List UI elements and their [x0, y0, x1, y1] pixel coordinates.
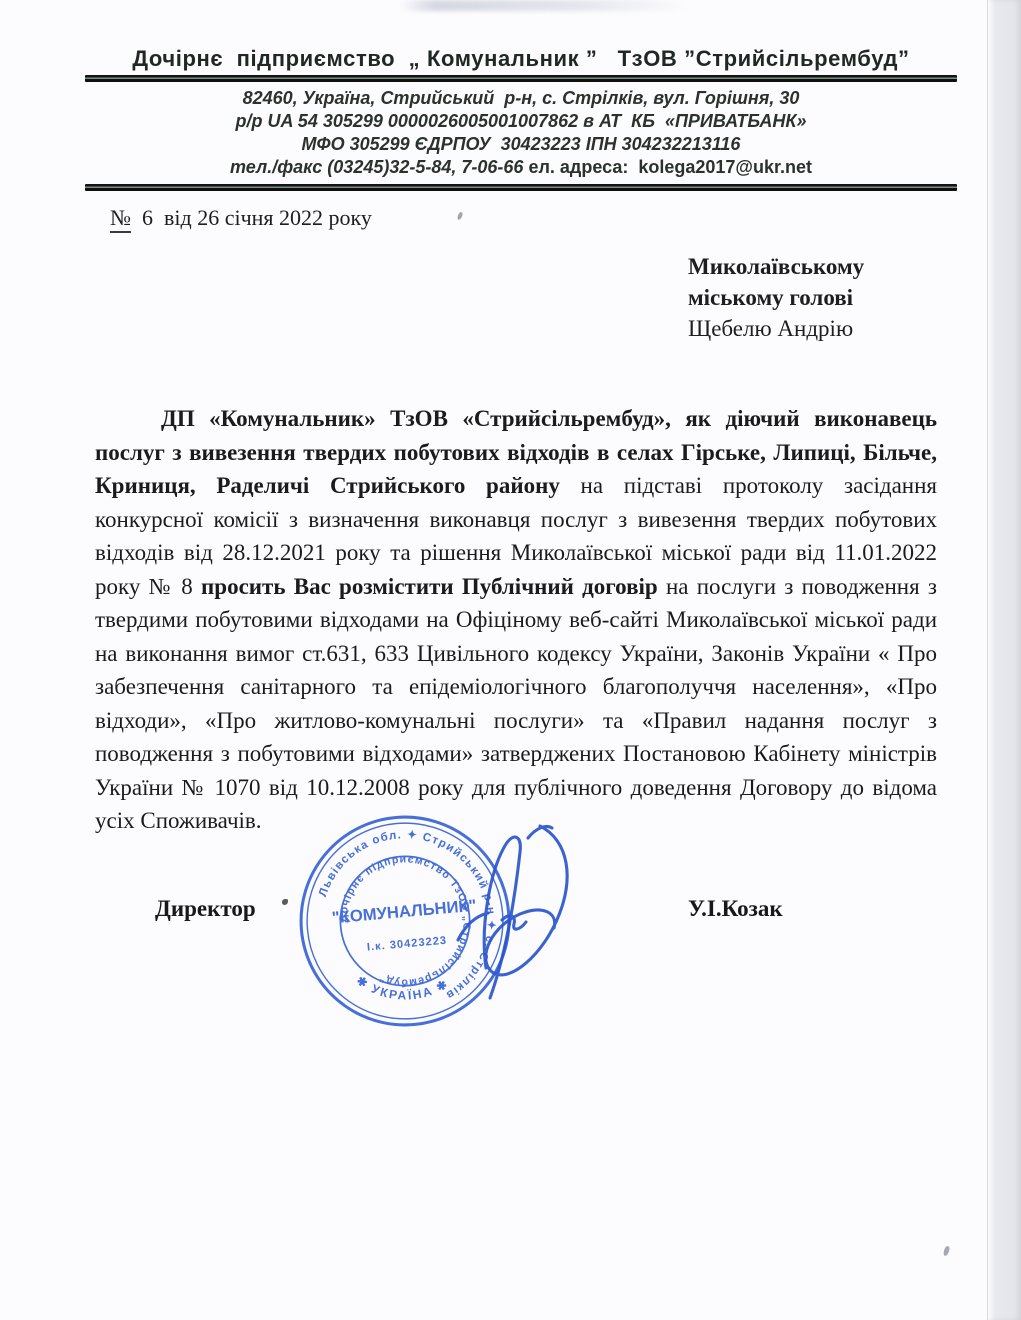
recipient-block: Миколаївському міському голові Щебелю Ан… — [688, 251, 864, 344]
letterhead-details: 82460, Україна, Стрийський р-н, с. Стріл… — [85, 87, 957, 179]
handwritten-signature — [428, 818, 578, 1013]
recipient-name: Щебелю Андрію — [688, 313, 864, 344]
company-bank-account: р/р UA 54 305299 0000026005001007862 в А… — [85, 110, 957, 133]
company-address: 82460, Україна, Стрийський р-н, с. Стріл… — [85, 87, 957, 110]
signer-title: Директор — [155, 896, 256, 922]
letterhead: Дочірнє підприємство „ Комунальник ” ТзО… — [85, 46, 957, 191]
scan-speck — [457, 212, 463, 221]
reference-date: 6 від 26 січня 2022 року — [131, 205, 372, 230]
recipient-line: міському голові — [688, 282, 864, 313]
scan-ghost-artifact — [400, 0, 690, 11]
signature-stroke — [486, 826, 567, 975]
body-segment: на послуги з поводження з твердими побут… — [95, 574, 937, 834]
recipient-line: Миколаївському — [688, 251, 864, 282]
signer-name: У.І.Козак — [688, 896, 783, 922]
company-email: ел. адреса: kolega2017@ukr.net — [523, 157, 812, 177]
scanned-letter-page: Дочірнє підприємство „ Комунальник ” ТзО… — [0, 0, 1021, 1320]
company-phone: тел./факс (03245)32-5-84, 7-06-66 — [230, 157, 523, 177]
letter-body: ДП «Комунальник» ТзОВ «Стрийсільрембуд»,… — [95, 402, 937, 838]
company-contacts: тел./факс (03245)32-5-84, 7-06-66 ел. ад… — [85, 156, 957, 179]
company-registration-codes: МФО 305299 ЄДРПОУ 30423223 ІПН 304232213… — [85, 133, 957, 156]
body-segment: просить Вас розмістити Публічний договір — [201, 574, 658, 599]
scan-speck — [943, 1246, 950, 1257]
letterhead-divider-bottom — [85, 184, 957, 191]
scan-speck — [282, 899, 288, 905]
scan-edge-band — [987, 0, 1021, 1320]
letterhead-divider-top — [85, 75, 957, 82]
reference-line: № 6 від 26 січня 2022 року — [110, 205, 372, 231]
company-name: Дочірнє підприємство „ Комунальник ” ТзО… — [85, 46, 957, 72]
number-sign: № — [110, 205, 131, 233]
